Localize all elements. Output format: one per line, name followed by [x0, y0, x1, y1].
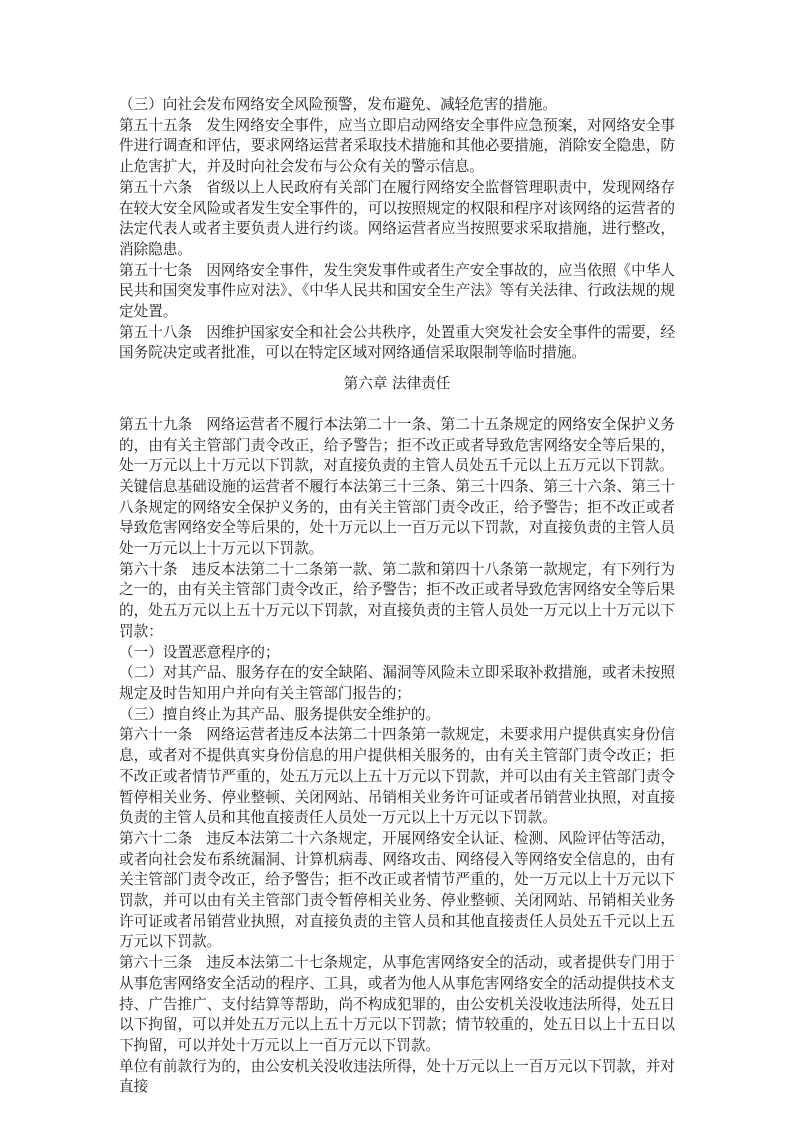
- paragraph-text: （三）向社会发布网络安全风险预警，发布避免、减轻危害的措施。: [119, 96, 557, 113]
- chapter-heading: 第六章 法律责任: [119, 364, 675, 415]
- article-number: 第五十五条: [119, 117, 192, 134]
- paragraph-text: （三）擅自终止为其产品、服务提供安全维护的。: [119, 706, 440, 723]
- article-57: 第五十七条因网络安全事件，发生突发事件或者生产安全事故的，应当依照《中华人民共和…: [119, 261, 675, 323]
- article-60-item-3: （三）擅自终止为其产品、服务提供安全维护的。: [119, 705, 675, 726]
- paragraph-text: 违反本法第二十六条规定，开展网络安全认证、检测、风险评估等活动，或者向社会发布系…: [119, 830, 675, 951]
- paragraph-text: 因网络安全事件，发生突发事件或者生产安全事故的，应当依照《中华人民共和国突发事件…: [119, 262, 675, 320]
- article-63: 第六十三条违反本法第二十七条规定，从事危害网络安全的活动，或者提供专门用于从事危…: [119, 953, 675, 1057]
- article-63-paragraph-2: 单位有前款行为的，由公安机关没收违法所得，处十万元以上一百万元以下罚款，并对直接: [119, 1057, 675, 1098]
- paragraph-text: （二）对其产品、服务存在的安全缺陷、漏洞等风险未立即采取补救措施，或者未按照规定…: [119, 664, 675, 702]
- article-62: 第六十二条违反本法第二十六条规定，开展网络安全认证、检测、风险评估等活动，或者向…: [119, 829, 675, 953]
- article-number: 第六十三条: [119, 954, 192, 971]
- article-number: 第六十条: [119, 561, 178, 578]
- article-61: 第六十一条网络运营者违反本法第二十四条第一款规定，未要求用户提供真实身份信息，或…: [119, 725, 675, 829]
- article-60: 第六十条违反本法第二十二条第一款、第二款和第四十八条第一款规定，有下列行为之一的…: [119, 560, 675, 643]
- article-number: 第五十七条: [119, 262, 192, 279]
- paragraph-text: 关键信息基础设施的运营者不履行本法第三十三条、第三十四条、第三十六条、第三十八条…: [119, 478, 675, 557]
- article-59-paragraph-2: 关键信息基础设施的运营者不履行本法第三十三条、第三十四条、第三十六条、第三十八条…: [119, 477, 675, 560]
- document-page: （三）向社会发布网络安全风险预警，发布避免、减轻危害的措施。 第五十五条发生网络…: [119, 95, 675, 1098]
- article-59: 第五十九条网络运营者不履行本法第二十一条、第二十五条规定的网络安全保护义务的，由…: [119, 415, 675, 477]
- paragraph-text: 网络运营者不履行本法第二十一条、第二十五条规定的网络安全保护义务的，由有关主管部…: [119, 416, 675, 474]
- paragraph-text: 违反本法第二十二条第一款、第二款和第四十八条第一款规定，有下列行为之一的，由有关…: [119, 561, 675, 640]
- paragraph-text: 网络运营者违反本法第二十四条第一款规定，未要求用户提供真实身份信息，或者对不提供…: [119, 726, 675, 826]
- paragraph-text: 违反本法第二十七条规定，从事危害网络安全的活动，或者提供专门用于从事危害网络安全…: [119, 954, 675, 1054]
- paragraph-text: （一）设置恶意程序的；: [119, 644, 280, 661]
- article-60-item-2: （二）对其产品、服务存在的安全缺陷、漏洞等风险未立即采取补救措施，或者未按照规定…: [119, 663, 675, 704]
- article-55: 第五十五条发生网络安全事件，应当立即启动网络安全事件应急预案，对网络安全事件进行…: [119, 116, 675, 178]
- paragraph-text: 因维护国家安全和社会公共秩序，处置重大突发社会安全事件的需要，经国务院决定或者批…: [119, 324, 675, 362]
- clause-three-item: （三）向社会发布网络安全风险预警，发布避免、减轻危害的措施。: [119, 95, 675, 116]
- article-58: 第五十八条因维护国家安全和社会公共秩序，处置重大突发社会安全事件的需要，经国务院…: [119, 323, 675, 364]
- article-number: 第六十二条: [119, 830, 192, 847]
- paragraph-text: 省级以上人民政府有关部门在履行网络安全监督管理职责中，发现网络存在较大安全风险或…: [119, 179, 675, 258]
- article-number: 第五十九条: [119, 416, 192, 433]
- article-number: 第五十六条: [119, 179, 192, 196]
- article-number: 第六十一条: [119, 726, 192, 743]
- paragraph-text: 发生网络安全事件，应当立即启动网络安全事件应急预案，对网络安全事件进行调查和评估…: [119, 117, 675, 175]
- article-number: 第五十八条: [119, 324, 192, 341]
- paragraph-text: 单位有前款行为的，由公安机关没收违法所得，处十万元以上一百万元以下罚款，并对直接: [119, 1058, 675, 1096]
- article-56: 第五十六条省级以上人民政府有关部门在履行网络安全监督管理职责中，发现网络存在较大…: [119, 178, 675, 261]
- article-60-item-1: （一）设置恶意程序的；: [119, 643, 675, 664]
